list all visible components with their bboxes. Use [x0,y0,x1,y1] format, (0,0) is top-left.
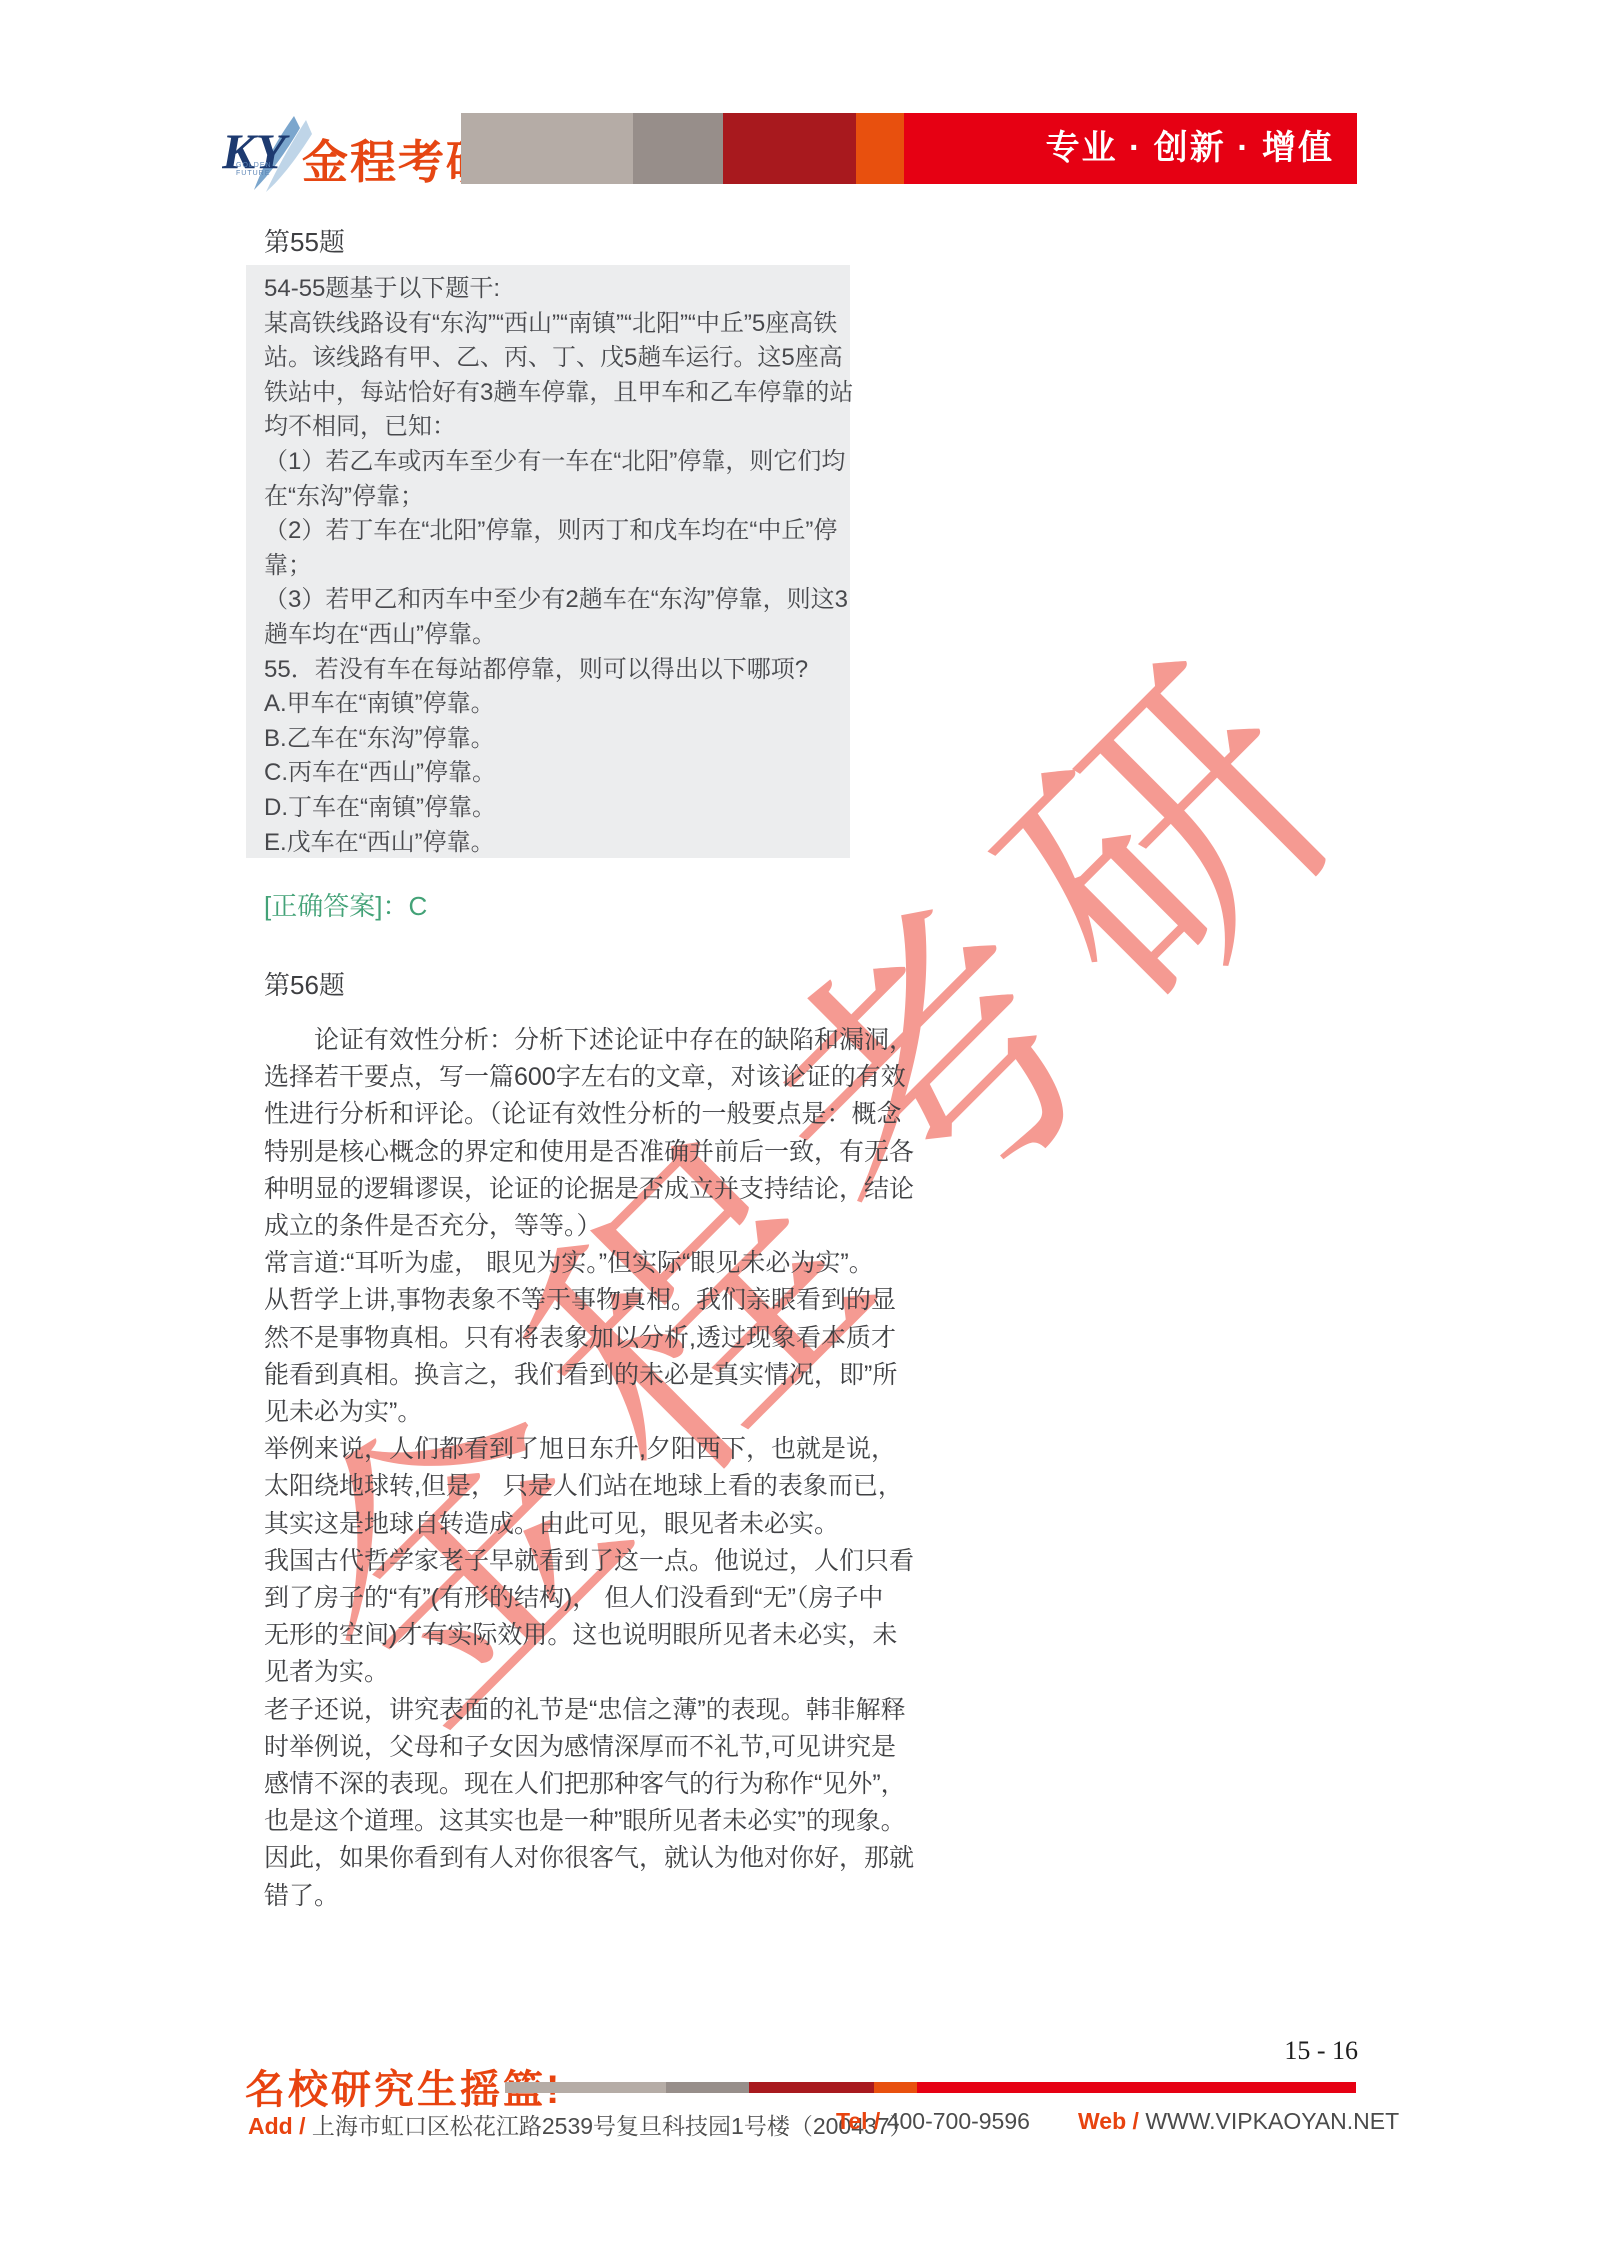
question-56-line: 从哲学上讲,事物表象不等于事物真相。我们亲眼看到的显 [264,1282,904,1319]
footer-website: Web / WWW.VIPKAOYAN.NET [1078,2108,1399,2135]
question-56-line: 因此，如果你看到有人对你很客气，就认为他对你好，那就 [264,1840,904,1877]
tel-value: 400-700-9596 [887,2108,1030,2134]
question-55-line: 靠； [246,549,850,584]
question-55-line: （3）若甲乙和丙车中至少有2趟车在“东沟”停靠，则这3 [246,583,850,618]
question-55-line: 站。该线路有甲、乙、丙、丁、戊5趟车运行。这5座高 [246,341,850,376]
question-56-line: 然不是事物真相。只有将表象加以分析,透过现象看本质才 [264,1320,904,1357]
question-55-label: 第55题 [264,222,345,259]
question-56-line: 特别是核心概念的界定和使用是否准确并前后一致，有无各 [264,1134,904,1171]
question-55-line: 55．若没有车在每站都停靠，则可以得出以下哪项? [246,653,850,688]
header-bar-segment-lightgray [461,113,633,184]
question-56-line: 感情不深的表现。现在人们把那种客气的行为称作“见外”， [264,1766,904,1803]
header-slogan: 专业 · 创新 · 增值 [904,113,1334,184]
question-56-line: 见未必为实”。 [264,1394,904,1431]
header-bar-segment-orange [856,113,904,184]
question-56-line: 其实这是地球自转造成。由此可见，眼见者未必实。 [264,1506,904,1543]
web-value: WWW.VIPKAOYAN.NET [1145,2108,1399,2134]
document-page: { "header": { "logo_ky": "KY", "logo_sub… [0,0,1600,2263]
logo-subtext: GOLDEN FUTURE [236,162,272,178]
question-56-line: 也是这个道理。这其实也是一种”眼所见者未必实”的现象。 [264,1803,904,1840]
footer-bar-segment-lightgray [505,2082,666,2093]
question-56-line: 我国古代哲学家老子早就看到了这一点。他说过，人们只看 [264,1543,904,1580]
question-55-line: （1）若乙车或丙车至少有一车在“北阳”停靠，则它们均 [246,445,850,480]
question-55-line: C.丙车在“西山”停靠。 [246,756,850,791]
tel-label: Tel / [836,2108,880,2134]
question-56-line: 到了房子的“有”(有形的结构)， 但人们没看到“无”（房子中 [264,1580,904,1617]
question-55-line: A.甲车在“南镇”停靠。 [246,687,850,722]
question-56-line: 能看到真相。换言之，我们看到的未必是真实情况，即”所 [264,1357,904,1394]
header-bar-segment-darkred [723,113,856,184]
correct-answer: [正确答案]：C [264,886,427,923]
question-55-box: 54-55题基于以下题干:某高铁线路设有“东沟”“西山”“南镇”“北阳”“中丘”… [246,265,850,858]
question-56-text: 论证有效性分析：分析下述论证中存在的缺陷和漏洞，选择若干要点，写一篇600字左右… [264,1022,904,1915]
question-56-line: 常言道:“耳听为虚， 眼见为实。”但实际“眼见未必为实”。 [264,1245,904,1282]
web-label: Web / [1078,2108,1139,2134]
footer-bar-segment-darkred [749,2082,874,2093]
question-56-line: 见者为实。 [264,1654,904,1691]
question-55-line: 趟车均在“西山”停靠。 [246,618,850,653]
address-value: 上海市虹口区松花江路2539号复旦科技园1号楼（200437） [312,2113,913,2139]
question-56-line: 时举例说，父母和子女因为感情深厚而不礼节,可见讲究是 [264,1729,904,1766]
question-56-line: 老子还说，讲究表面的礼节是“忠信之薄”的表现。韩非解释 [264,1692,904,1729]
question-55-line: E.戊车在“西山”停靠。 [246,826,850,861]
address-label: Add / [248,2113,306,2139]
header-bar-segment-gray [633,113,723,184]
question-56-line: 太阳绕地球转,但是， 只是人们站在地球上看的表象而已， [264,1468,904,1505]
question-55-line: 某高铁线路设有“东沟”“西山”“南镇”“北阳”“中丘”5座高铁 [246,307,850,342]
question-55-line: 54-55题基于以下题干: [246,272,850,307]
footer-bar-segment-orange [874,2082,917,2093]
question-56-line: 成立的条件是否充分，等等。） [264,1208,904,1245]
footer-bar-segment-red [917,2082,1356,2093]
footer-telephone: Tel / 400-700-9596 [836,2108,1030,2135]
question-55-line: B.乙车在“东沟”停靠。 [246,722,850,757]
page-number: 15 - 16 [1158,2036,1358,2066]
question-55-line: 均不相同，已知： [246,410,850,445]
question-55-line: D.丁车在“南镇”停靠。 [246,791,850,826]
question-56-line: 举例来说，人们都看到了旭日东升,夕阳西下，也就是说， [264,1431,904,1468]
question-56-label: 第56题 [264,965,345,1002]
question-55-line: 在“东沟”停靠； [246,480,850,515]
footer-address: Add / 上海市虹口区松花江路2539号复旦科技园1号楼（200437） [248,2108,913,2141]
question-56-line: 种明显的逻辑谬误，论证的论据是否成立并支持结论，结论 [264,1171,904,1208]
question-55-line: （2）若丁车在“北阳”停靠，则丙丁和戊车均在“中丘”停 [246,514,850,549]
question-56-line: 性进行分析和评论。（论证有效性分析的一般要点是：概念 [264,1096,904,1133]
question-56-line: 论证有效性分析：分析下述论证中存在的缺陷和漏洞， [264,1022,904,1059]
footer-bar-segment-gray [666,2082,749,2093]
question-56-line: 错了。 [264,1878,904,1915]
question-56-line: 无形的空间)才有实际效用。这也说明眼所见者未必实，未 [264,1617,904,1654]
question-56-line: 选择若干要点，写一篇600字左右的文章，对该论证的有效 [264,1059,904,1096]
question-55-line: 铁站中，每站恰好有3趟车停靠，且甲车和乙车停靠的站 [246,376,850,411]
